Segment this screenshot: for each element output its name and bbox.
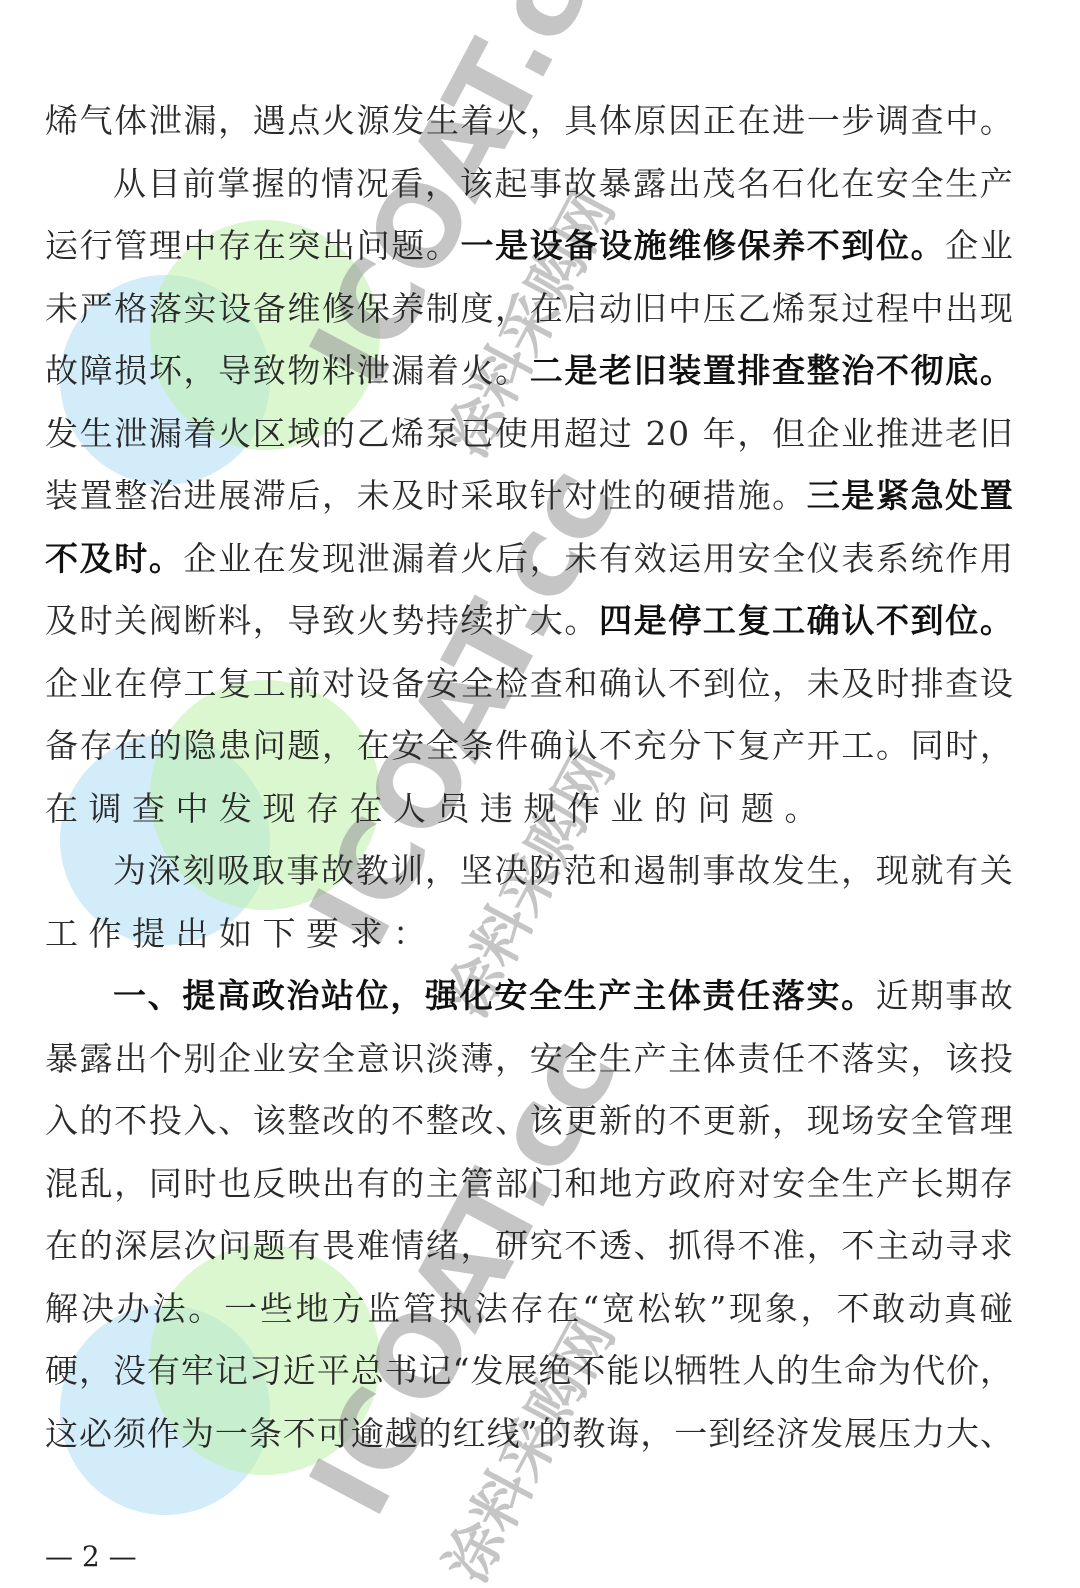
char: 就 xyxy=(910,840,943,903)
char: 超 xyxy=(564,403,597,466)
text-line: 烯气体泄漏，遇点火源发生着火，具体原因正在进一步调查中。 xyxy=(45,90,1013,153)
char: 抓 xyxy=(668,1215,701,1278)
char: 隐 xyxy=(184,715,217,778)
bold-char: 施 xyxy=(634,215,667,278)
char: 。 xyxy=(495,340,528,403)
char: 作 xyxy=(945,528,978,591)
char: 业 xyxy=(980,215,1013,278)
char: 企 xyxy=(218,1028,251,1091)
char: 范 xyxy=(564,840,597,903)
char: 露 xyxy=(633,153,666,216)
char: 动 xyxy=(908,1278,941,1341)
char: 制 xyxy=(426,278,459,341)
char: 旧 xyxy=(980,403,1013,466)
bold-char: 不 xyxy=(45,528,78,591)
char: 压 xyxy=(878,1403,911,1466)
char: 实 xyxy=(876,1028,909,1091)
char: 措 xyxy=(703,465,736,528)
char: 使 xyxy=(495,403,528,466)
char: 但 xyxy=(772,403,805,466)
char: 主 xyxy=(426,1153,459,1216)
char: 障 xyxy=(80,340,113,403)
char: 实 xyxy=(184,278,217,341)
char: 该 xyxy=(530,1090,563,1153)
char: 年 xyxy=(703,403,736,466)
char: 落 xyxy=(841,1028,874,1091)
char: 及 xyxy=(45,590,78,653)
bold-char: 彻 xyxy=(911,340,944,403)
char: 须 xyxy=(113,1403,146,1466)
char: 续 xyxy=(461,590,494,653)
text-line: 暴露出个别企业安全意识淡薄，安全生产主体责任不落实，该投 xyxy=(45,1028,1013,1091)
char: 乙 xyxy=(356,403,389,466)
char: 茂 xyxy=(702,153,735,216)
char: 期 xyxy=(945,1153,978,1216)
char: 具 xyxy=(564,90,597,153)
char: 产 xyxy=(772,715,805,778)
bold-char: 责 xyxy=(702,965,735,1028)
char: 价 xyxy=(946,1340,979,1403)
char: 主 xyxy=(668,1028,701,1091)
char: 安 xyxy=(287,1028,320,1091)
char: 情 xyxy=(391,1215,424,1278)
char: 题 xyxy=(253,1215,286,1278)
char: 启 xyxy=(564,278,597,341)
char: 准 xyxy=(772,1215,805,1278)
char: 置 xyxy=(80,465,113,528)
char: 淡 xyxy=(426,1028,459,1091)
char: 生 xyxy=(80,403,113,466)
char: 不 xyxy=(283,1403,316,1466)
char: ， xyxy=(530,528,563,591)
char: 企 xyxy=(45,653,78,716)
char: 的 xyxy=(322,403,355,466)
char: 全 xyxy=(461,653,494,716)
char: 整 xyxy=(426,1090,459,1153)
char: 该 xyxy=(253,1090,286,1153)
bold-char: 不 xyxy=(876,340,909,403)
char: 大 xyxy=(530,590,563,653)
char: 产 xyxy=(980,153,1013,216)
char: 主 xyxy=(876,1215,909,1278)
char: 暴 xyxy=(45,1028,78,1091)
char: 不 xyxy=(836,1278,869,1341)
char: 充 xyxy=(634,715,667,778)
char: 未 xyxy=(45,278,78,341)
char: 设 xyxy=(980,653,1013,716)
char: 牲 xyxy=(708,1340,741,1403)
char: 发 xyxy=(287,528,320,591)
char: 生 xyxy=(806,840,839,903)
char: 工 xyxy=(184,653,217,716)
char: 遇 xyxy=(253,90,286,153)
char: ， xyxy=(807,1215,840,1278)
char: 现 xyxy=(322,528,355,591)
char: 体 xyxy=(703,1028,736,1091)
bold-char: 一 xyxy=(461,215,494,278)
char: 同 xyxy=(149,1153,182,1216)
char: 已 xyxy=(460,403,493,466)
char: 意 xyxy=(357,1028,390,1091)
char: 压 xyxy=(703,278,736,341)
bold-char: 不 xyxy=(807,215,840,278)
char: 研 xyxy=(495,1215,528,1278)
char: 一 xyxy=(674,1403,707,1466)
bold-char: 主 xyxy=(633,965,666,1028)
char: 究 xyxy=(530,1215,563,1278)
char: 碰 xyxy=(980,1278,1013,1341)
char: 统 xyxy=(911,528,944,591)
char: 情 xyxy=(321,153,354,216)
char: 件 xyxy=(495,715,528,778)
char: 制 xyxy=(668,840,701,903)
char: 不 xyxy=(572,1340,605,1403)
char: ， xyxy=(322,465,355,528)
char: 坚 xyxy=(460,840,493,903)
char: 深 xyxy=(114,1215,147,1278)
char: 着 xyxy=(461,90,494,153)
bold-char: 处 xyxy=(945,465,978,528)
char: 在 xyxy=(114,653,147,716)
char: 中 xyxy=(911,278,944,341)
char: 整 xyxy=(287,1090,320,1153)
char: 改 xyxy=(461,1090,494,1153)
bold-char: 是 xyxy=(495,215,528,278)
char: 总 xyxy=(351,1340,384,1403)
bold-char: 到 xyxy=(841,215,874,278)
char: 经 xyxy=(742,1403,775,1466)
char: 及 xyxy=(391,465,424,528)
bold-char: 体 xyxy=(668,965,701,1028)
char: 有 xyxy=(599,528,632,591)
char: 泄 xyxy=(114,403,147,466)
bold-char: 。 xyxy=(980,340,1013,403)
char: 2 xyxy=(645,403,666,466)
char: 导 xyxy=(287,590,320,653)
char: 0 xyxy=(668,403,689,466)
bold-char: 提 xyxy=(182,965,215,1028)
char: 对 xyxy=(738,1153,771,1216)
char: 的 xyxy=(80,1090,113,1153)
char: 。 xyxy=(188,1278,221,1341)
char: 软 xyxy=(674,1278,707,1341)
char: 火 xyxy=(357,590,390,653)
char: 设 xyxy=(218,278,251,341)
char: 维 xyxy=(287,278,320,341)
char: 宽 xyxy=(602,1278,635,1341)
bold-char: 位 xyxy=(876,215,909,278)
char: 料 xyxy=(218,590,251,653)
char: 更 xyxy=(703,1090,736,1153)
bold-char: 。 xyxy=(911,215,944,278)
char: 性 xyxy=(599,465,632,528)
char: 过 xyxy=(599,403,632,466)
bold-char: 旧 xyxy=(634,340,667,403)
char: 确 xyxy=(530,715,563,778)
bold-char: 认 xyxy=(841,590,874,653)
bold-char: 政 xyxy=(252,965,285,1028)
char: 系 xyxy=(876,528,909,591)
text-line: 为深刻吸取事故教训，坚决防范和遏制事故发生，现就有关 xyxy=(45,840,1013,903)
char: 业 xyxy=(218,528,251,591)
char: 取 xyxy=(252,840,285,903)
char: 泵 xyxy=(807,278,840,341)
bold-char: 设 xyxy=(599,215,632,278)
bold-char: 全 xyxy=(529,965,562,1028)
char: 势 xyxy=(391,590,424,653)
char: 存 xyxy=(980,1153,1013,1216)
char: 象 xyxy=(765,1278,798,1341)
char: 火 xyxy=(218,403,251,466)
bold-char: 老 xyxy=(599,340,632,403)
char: 现 xyxy=(807,1090,840,1153)
char: 责 xyxy=(738,1028,771,1091)
char: 和 xyxy=(564,653,597,716)
bold-char: 三 xyxy=(807,465,840,528)
char: ， xyxy=(495,278,528,341)
char: 着 xyxy=(426,528,459,591)
char: 一 xyxy=(807,90,840,153)
char: 突 xyxy=(287,215,320,278)
char: ， xyxy=(322,715,355,778)
char: 发 xyxy=(810,1403,843,1466)
char: 体 xyxy=(599,90,632,153)
char: 诲 xyxy=(606,1403,639,1466)
char: 不 xyxy=(114,1090,147,1153)
char: 记 xyxy=(419,1340,452,1403)
char: ， xyxy=(530,90,563,153)
char: ， xyxy=(253,590,286,653)
bold-char: 到 xyxy=(911,590,944,653)
char: ， xyxy=(114,1153,147,1216)
char: 期 xyxy=(910,965,943,1028)
bold-char: 一 xyxy=(113,965,146,1028)
char: 作 xyxy=(147,1403,180,1466)
char: 的 xyxy=(80,1215,113,1278)
char: 乱 xyxy=(80,1153,113,1216)
char: 扩 xyxy=(495,590,528,653)
char: 原 xyxy=(634,90,667,153)
char: 看 xyxy=(390,153,423,216)
char: 有 xyxy=(147,1340,180,1403)
bold-char: 安 xyxy=(494,965,527,1028)
char: 政 xyxy=(668,1153,701,1216)
char: 安 xyxy=(738,528,771,591)
char: 过 xyxy=(841,278,874,341)
char: 持 xyxy=(426,590,459,653)
char: 命 xyxy=(844,1340,877,1403)
char: 发 xyxy=(391,90,424,153)
char: 安 xyxy=(876,1090,909,1153)
bold-char: 置 xyxy=(980,465,1013,528)
char: 业 xyxy=(253,1028,286,1091)
char: ” xyxy=(521,1403,538,1466)
bold-char: 装 xyxy=(668,340,701,403)
char: 泄 xyxy=(149,90,182,153)
char: 患 xyxy=(218,715,251,778)
char: 改 xyxy=(322,1090,355,1153)
bold-char: 强 xyxy=(425,965,458,1028)
char: ， xyxy=(737,403,770,466)
char: 及 xyxy=(841,653,874,716)
char: 红 xyxy=(453,1403,486,1466)
char: 对 xyxy=(564,465,597,528)
char: 泵 xyxy=(426,403,459,466)
char: 薄 xyxy=(461,1028,494,1091)
char: 问 xyxy=(218,1215,251,1278)
char: 记 xyxy=(215,1340,248,1403)
char: 近 xyxy=(283,1340,316,1403)
char: 越 xyxy=(385,1403,418,1466)
char: 场 xyxy=(841,1090,874,1153)
char: 企 xyxy=(945,215,978,278)
char: 在 xyxy=(45,1215,78,1278)
char: 生 xyxy=(810,1340,843,1403)
char: 查 xyxy=(911,90,944,153)
char: 整 xyxy=(114,465,147,528)
char: ， xyxy=(425,153,458,216)
char: 在 xyxy=(546,1278,579,1341)
char: 认 xyxy=(564,715,597,778)
char: 设 xyxy=(357,653,390,716)
char: 方 xyxy=(332,1278,365,1341)
char: 中 xyxy=(184,215,217,278)
char: 次 xyxy=(184,1215,217,1278)
char: 认 xyxy=(634,653,667,716)
char: 取 xyxy=(495,465,528,528)
char: 事 xyxy=(702,840,735,903)
page-number: — 2 — xyxy=(45,1540,137,1573)
char: 企 xyxy=(807,403,840,466)
char: 防 xyxy=(529,840,562,903)
char: 的 xyxy=(776,1340,809,1403)
char: 装 xyxy=(45,465,78,528)
bold-char: 工 xyxy=(772,590,805,653)
char: 后 xyxy=(495,528,528,591)
char: 着 xyxy=(426,340,459,403)
char: 。 xyxy=(980,90,1013,153)
char: 导 xyxy=(218,340,251,403)
char: 烯 xyxy=(772,278,805,341)
char: 到 xyxy=(703,653,736,716)
char: 致 xyxy=(253,340,286,403)
char: 题 xyxy=(287,715,320,778)
char: 人 xyxy=(742,1340,775,1403)
char: 地 xyxy=(296,1278,329,1341)
char: 动 xyxy=(911,1215,944,1278)
char: 检 xyxy=(495,653,528,716)
char: 点 xyxy=(287,90,320,153)
document-body: 烯气体泄漏，遇点火源发生着火，具体原因正在进一步调查中。从目前掌握的情况看，该起… xyxy=(45,90,1013,1465)
char: 发 xyxy=(470,1340,503,1403)
char: 关 xyxy=(980,840,1013,903)
char: 府 xyxy=(703,1153,736,1216)
char: 、 xyxy=(634,1215,667,1278)
char: 故 xyxy=(321,840,354,903)
char: 混 xyxy=(45,1153,78,1216)
bold-char: 实 xyxy=(806,965,839,1028)
char: 分 xyxy=(668,715,701,778)
char: 敢 xyxy=(872,1278,905,1341)
char: 识 xyxy=(391,1028,424,1091)
char: 能 xyxy=(606,1340,639,1403)
char: 治 xyxy=(149,465,182,528)
char: 硬 xyxy=(668,465,701,528)
char: 正 xyxy=(703,90,736,153)
char: 有 xyxy=(287,1215,320,1278)
bold-char: 治 xyxy=(286,965,319,1028)
char: 用 xyxy=(703,528,736,591)
char: 近 xyxy=(876,965,909,1028)
char: 展 xyxy=(504,1340,537,1403)
char: 后 xyxy=(287,465,320,528)
char: 不 xyxy=(599,715,632,778)
bold-char: 是 xyxy=(634,590,667,653)
char: 着 xyxy=(183,403,216,466)
char: 起 xyxy=(494,153,527,216)
char: 个 xyxy=(149,1028,182,1091)
char: “ xyxy=(453,1340,470,1403)
char: 出 xyxy=(322,215,355,278)
char: 保 xyxy=(357,278,390,341)
char: 办 xyxy=(117,1278,150,1341)
char: 仪 xyxy=(807,528,840,591)
char: 露 xyxy=(80,1028,113,1091)
char: 在 xyxy=(357,715,390,778)
bold-char: 位 xyxy=(356,965,389,1028)
bold-char: 排 xyxy=(738,340,771,403)
char: 暴 xyxy=(598,153,631,216)
char: 法 xyxy=(152,1278,185,1341)
char: 损 xyxy=(114,340,147,403)
char: 安 xyxy=(391,715,424,778)
char: 的 xyxy=(634,465,667,528)
char xyxy=(691,403,702,466)
char: 查 xyxy=(530,653,563,716)
char: 工 xyxy=(841,715,874,778)
char: 更 xyxy=(564,1090,597,1153)
text-line: 这必须作为一条不可逾越的红线”的教诲，一到经济发展压力大、 xyxy=(45,1403,1013,1466)
char: 发 xyxy=(772,840,805,903)
char: 气 xyxy=(80,90,113,153)
char: 任 xyxy=(772,1028,805,1091)
text-line: 及时关阀断料，导致火势持续扩大。四是停工复工确认不到位。 xyxy=(45,590,1013,653)
char: 生 xyxy=(945,153,978,216)
char: 在 xyxy=(738,90,771,153)
char: 新 xyxy=(738,1090,771,1153)
char: 时 xyxy=(80,590,113,653)
char: 故 xyxy=(45,340,78,403)
char: 不 xyxy=(564,1215,597,1278)
text-line: 装置整治进展滞后，未及时采取针对性的硬措施。三是紧急处置 xyxy=(45,465,1013,528)
char: ， xyxy=(425,840,458,903)
char: 安 xyxy=(426,653,459,716)
char: 可 xyxy=(317,1403,350,1466)
char: 调 xyxy=(876,90,909,153)
char: 名 xyxy=(737,153,770,216)
char: 目 xyxy=(148,153,181,216)
char: 的 xyxy=(357,1090,390,1153)
char: 对 xyxy=(322,653,355,716)
char: 修 xyxy=(322,278,355,341)
char: 复 xyxy=(218,653,251,716)
char: 时 xyxy=(945,715,978,778)
char: 石 xyxy=(772,153,805,216)
char: 题 xyxy=(391,215,424,278)
char: 火 xyxy=(461,340,494,403)
char: 排 xyxy=(911,653,944,716)
char: 滞 xyxy=(253,465,286,528)
